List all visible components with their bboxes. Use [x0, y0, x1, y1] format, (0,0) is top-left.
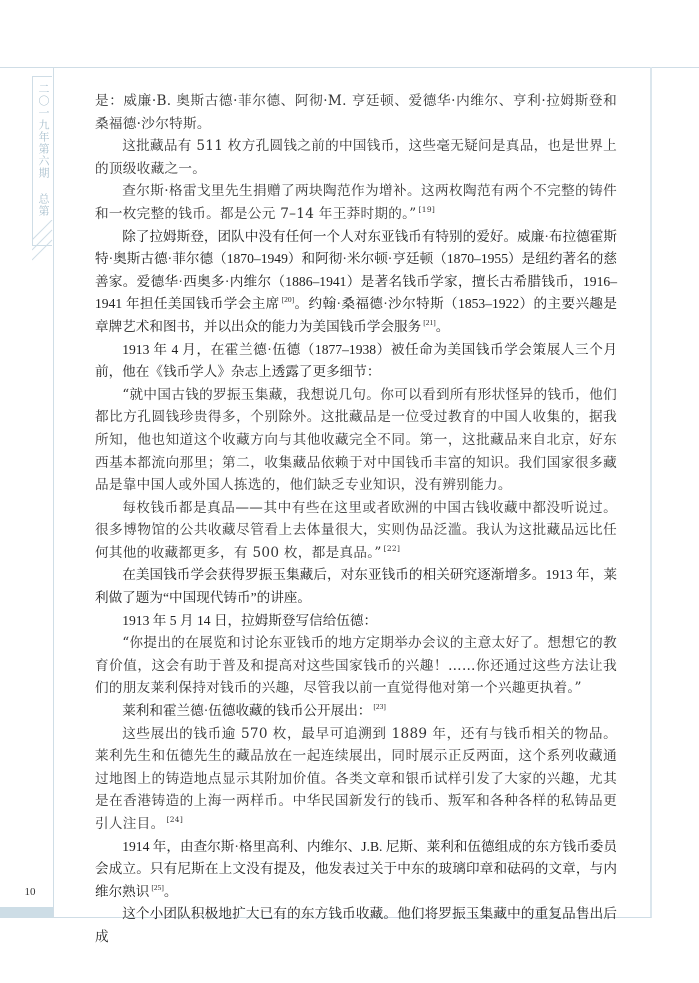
- footer-accent-bar: [0, 907, 53, 918]
- paragraph: 这批藏品有 511 枚方孔圆钱之前的中国钱币，这些毫无疑问是真品，也是世界上的顶…: [95, 135, 617, 180]
- citation-ref: [23]: [373, 702, 386, 711]
- paragraph: “你提出的在展览和讨论东亚钱币的地方定期举办会议的主意太好了。想想它的教育价值，…: [95, 632, 617, 700]
- paragraph: 1914 年，由查尔斯·格里高利、内维尔、J.B. 尼斯、莱利和伍德组成的东方钱…: [95, 836, 617, 904]
- citation-ref: [22]: [384, 544, 401, 553]
- page-number: 10: [20, 886, 40, 898]
- citation-ref: [21]: [423, 318, 436, 327]
- right-margin-rule: [650, 67, 652, 918]
- article-body: 是：威廉·B. 奥斯古德·菲尔德、阿彻·M. 亨廷顿、爱德华·内维尔、亨利·拉姆…: [95, 90, 617, 949]
- paragraph-text: 这个小团队积极地扩大已有的东方钱币收藏。他们将罗振玉集藏中的重复品售出后成: [95, 906, 617, 944]
- paragraph: 除了拉姆斯登，团队中没有任何一个人对东亚钱币有特别的爱好。威廉·布拉德霍斯特·奥…: [95, 226, 617, 339]
- paragraph-text: 。: [436, 319, 450, 334]
- issue-year-label: 二〇一九年第六期: [37, 83, 50, 179]
- paragraph-text: 是：威廉·B. 奥斯古德·菲尔德、阿彻·M. 亨廷顿、爱德华·内维尔、亨利·拉姆…: [95, 93, 617, 132]
- paragraph-text: 在美国钱币学会获得罗振玉集藏后，对东亚钱币的相关研究逐渐增多。1913 年，莱利…: [95, 567, 617, 605]
- citation-ref: [24]: [166, 815, 183, 824]
- paragraph-text: “就中国古钱的罗振玉集藏，我想说几句。你可以看到所有形状怪异的钱币，他们都比方孔…: [95, 387, 617, 493]
- paragraph: 在美国钱币学会获得罗振玉集藏后，对东亚钱币的相关研究逐渐增多。1913 年，莱利…: [95, 564, 617, 609]
- paragraph: 这些展出的钱币逾 570 枚，最早可追溯到 1889 年，还有与钱币相关的物品。…: [95, 723, 617, 836]
- paragraph-text: 查尔斯·格雷戈里先生捐赠了两块陶范作为增补。这两枚陶范有两个不完整的铸件和一枚完…: [95, 183, 617, 222]
- citation-ref: [20]: [282, 295, 295, 304]
- diagonal-hatch-icon: [32, 220, 53, 265]
- spine-rule: [53, 67, 54, 918]
- paragraph-text: 这批藏品有 511 枚方孔圆钱之前的中国钱币，这些毫无疑问是真品，也是世界上的顶…: [95, 138, 617, 177]
- header-rule: [0, 67, 699, 68]
- paragraph: 查尔斯·格雷戈里先生捐赠了两块陶范作为增补。这两枚陶范有两个不完整的铸件和一枚完…: [95, 180, 617, 225]
- paragraph-text: 每枚钱币都是真品——其中有些在这里或者欧洲的中国古钱收藏中都没听说过。很多博物馆…: [95, 500, 617, 561]
- paragraph: “就中国古钱的罗振玉集藏，我想说几句。你可以看到所有形状怪异的钱币，他们都比方孔…: [95, 384, 617, 497]
- paragraph: 1913 年 4 月，在霍兰德·伍德（1877–1938）被任命为美国钱币学会策…: [95, 339, 617, 384]
- citation-ref: [25]: [151, 883, 164, 892]
- paragraph: 这个小团队积极地扩大已有的东方钱币收藏。他们将罗振玉集藏中的重复品售出后成: [95, 903, 617, 948]
- paragraph-text: 1913 年 4 月，在霍兰德·伍德（1877–1938）被任命为美国钱币学会策…: [95, 342, 617, 380]
- paragraph-text: 。: [164, 884, 178, 899]
- paragraph: 是：威廉·B. 奥斯古德·菲尔德、阿彻·M. 亨廷顿、爱德华·内维尔、亨利·拉姆…: [95, 90, 617, 135]
- citation-ref: [19]: [419, 205, 436, 214]
- paragraph-text: 1913 年 5 月 14 日，拉姆斯登写信给伍德：: [122, 613, 377, 628]
- paragraph: 莱利和霍兰德·伍德收藏的钱币公开展出：[23]: [95, 700, 617, 723]
- paragraph-text: “你提出的在展览和讨论东亚钱币的地方定期举办会议的主意太好了。想想它的教育价值，…: [95, 635, 617, 696]
- paragraph: 1913 年 5 月 14 日，拉姆斯登写信给伍德：: [95, 610, 617, 633]
- paragraph-text: 莱利和霍兰德·伍德收藏的钱币公开展出：: [122, 703, 371, 718]
- paragraph: 每枚钱币都是真品——其中有些在这里或者欧洲的中国古钱收藏中都没听说过。很多博物馆…: [95, 497, 617, 565]
